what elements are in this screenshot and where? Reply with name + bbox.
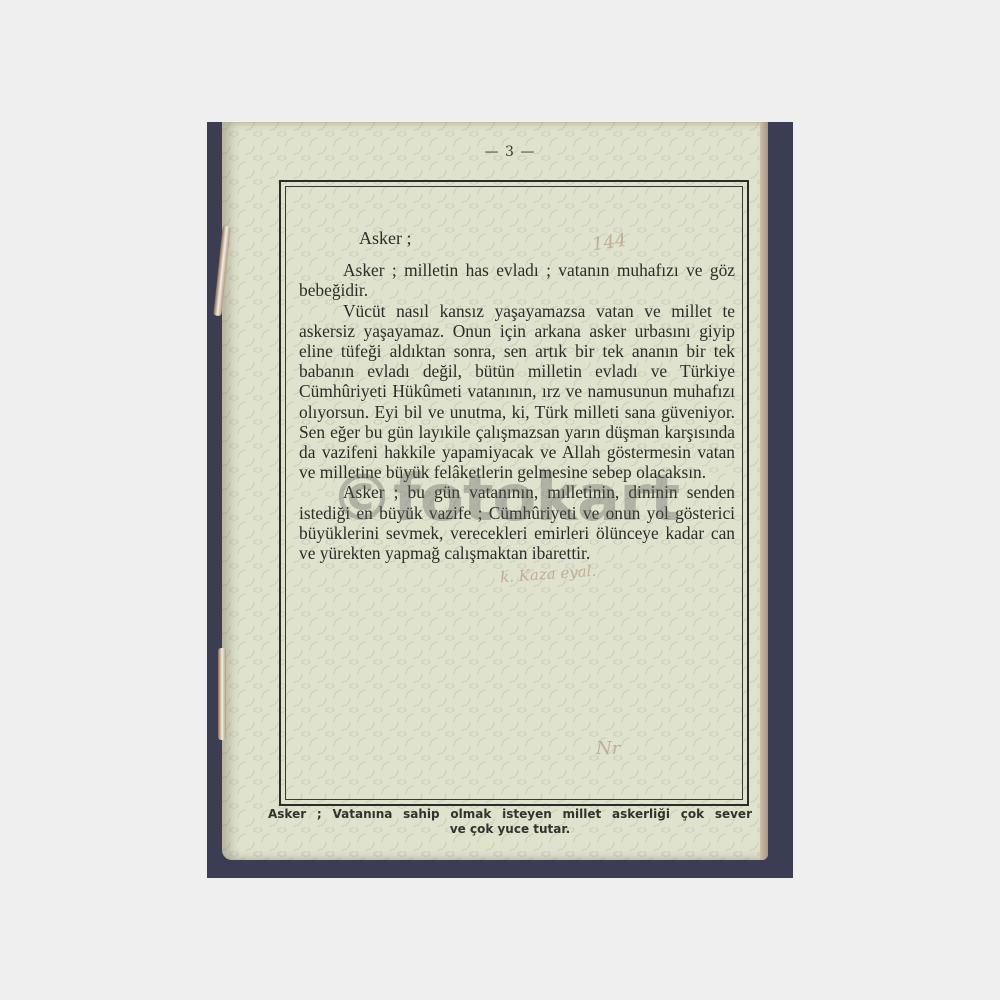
page-number: — 3 — xyxy=(460,144,560,160)
handwritten-mark: Nr xyxy=(596,738,620,759)
paragraph-1: Asker ; milletin has evladı ; vatanın mu… xyxy=(299,260,735,300)
footer-motto: Asker ; Vatanına sahip olmak isteyen mil… xyxy=(268,807,752,837)
paragraph-2: Vücüt nasıl kansız yaşayamazsa vatan ve … xyxy=(299,301,735,483)
document-body: Asker ; Asker ; milletin has evladı ; va… xyxy=(299,228,735,563)
page-edge xyxy=(760,122,768,860)
paragraph-3: Asker ; bu gün vatanının, mılletinin, di… xyxy=(299,482,735,563)
section-heading: Asker ; xyxy=(359,228,735,248)
footer-line-1: Asker ; Vatanına sahip olmak isteyen mil… xyxy=(268,807,752,822)
footer-line-2: ve çok yuce tutar. xyxy=(450,822,570,836)
staple-bottom-icon xyxy=(218,648,226,740)
